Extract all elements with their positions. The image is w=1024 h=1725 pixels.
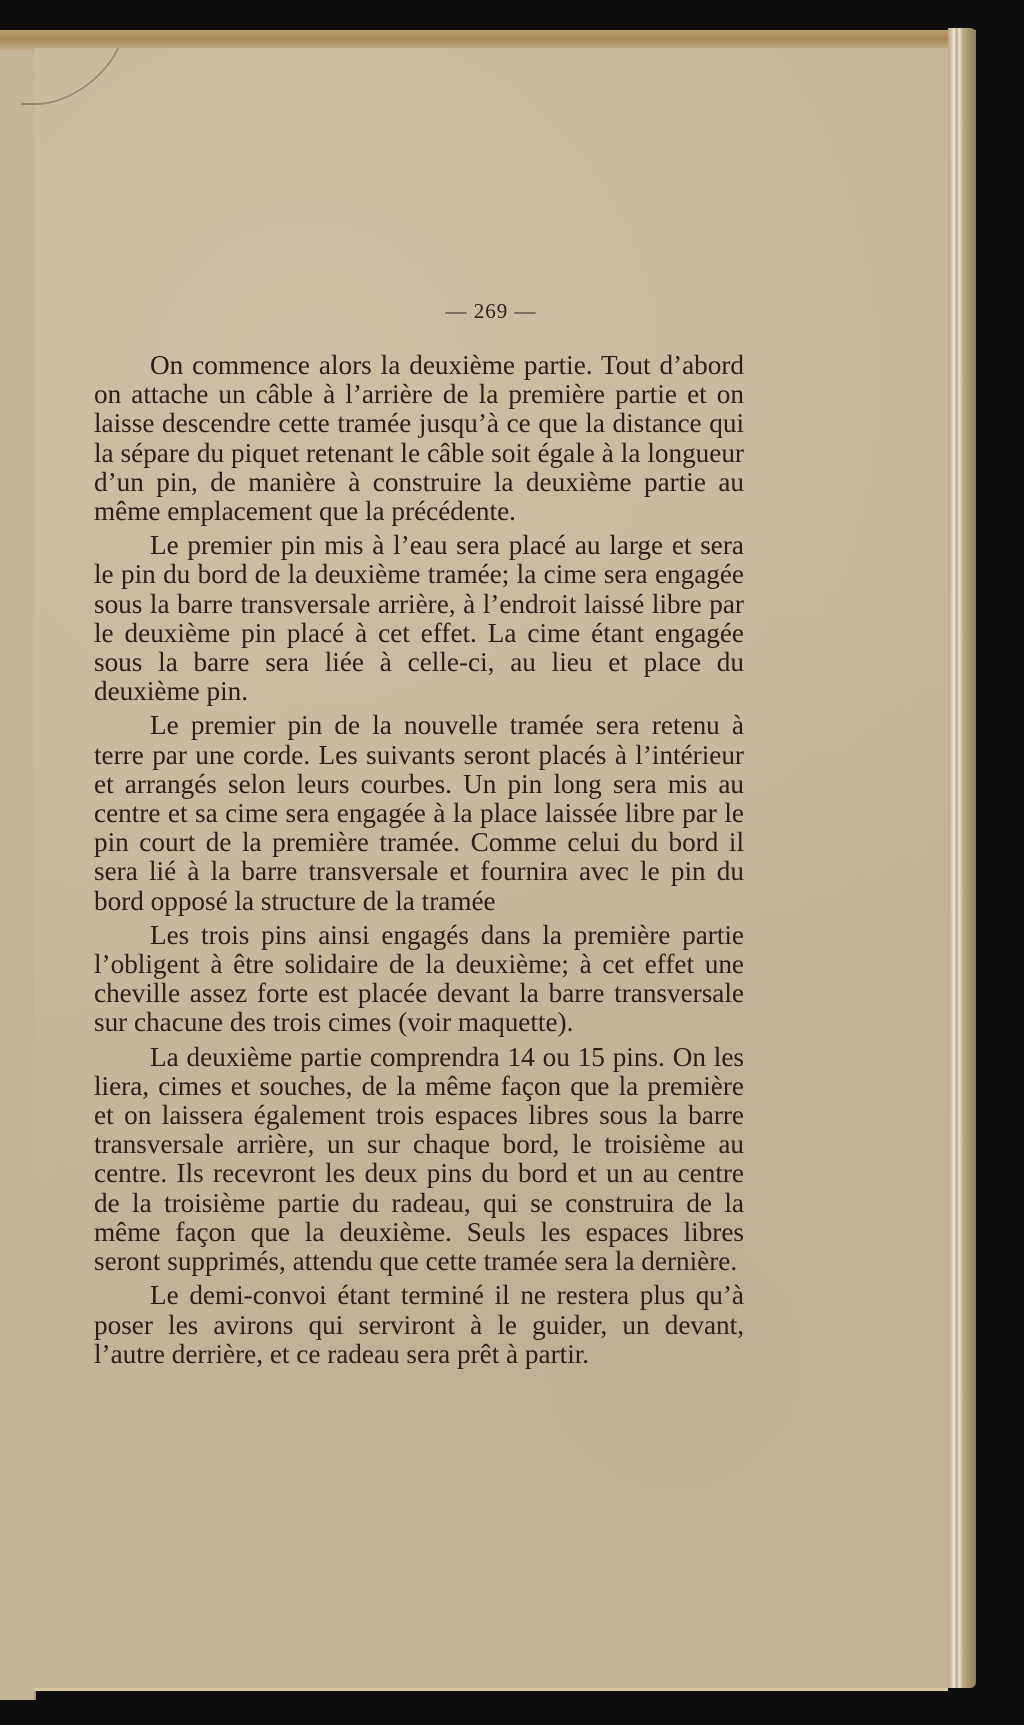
book-page: — 269 — On commence alors la deuxième pa… bbox=[34, 48, 948, 1691]
paragraph: On commence alors la deuxième partie. To… bbox=[94, 351, 744, 526]
paragraph: Le premier pin mis à l’eau sera placé au… bbox=[94, 531, 744, 706]
body-text: On commence alors la deuxième partie. To… bbox=[94, 351, 744, 1369]
facing-page-edge bbox=[0, 40, 36, 1700]
scan-background: — 269 — On commence alors la deuxième pa… bbox=[0, 0, 1024, 1725]
paragraph: Les trois pins ainsi engagés dans la pre… bbox=[94, 921, 744, 1038]
page-stack-edge bbox=[948, 28, 976, 1688]
page-top-edge bbox=[0, 30, 976, 50]
paragraph: Le demi-convoi étant terminé il ne reste… bbox=[94, 1281, 744, 1369]
paragraph: Le premier pin de la nouvelle tramée ser… bbox=[94, 711, 744, 915]
paragraph: La deuxième partie comprendra 14 ou 15 p… bbox=[94, 1043, 744, 1277]
page-number: — 269 — bbox=[34, 299, 948, 324]
